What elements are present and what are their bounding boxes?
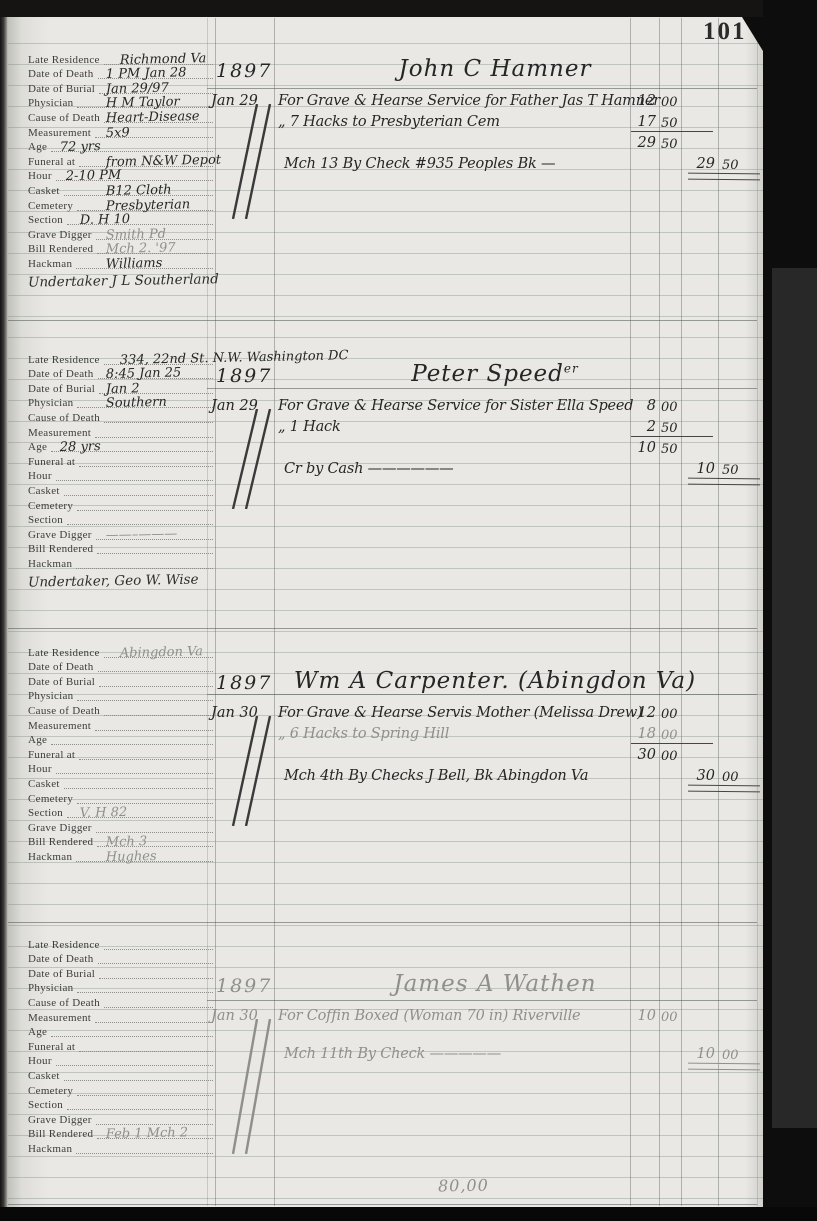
field-row-date_of_burial: Date of Burial — [28, 966, 213, 981]
field-row-cemetery: Cemetery — [28, 1083, 213, 1098]
field-row-hackman: Hackman Williams — [28, 256, 213, 271]
dotted-leader — [104, 1007, 213, 1008]
payment-description: Mch 4th By Checks J Bell, Bk Abingdon Va — [284, 768, 639, 784]
field-row-date_of_death: Date of Death — [28, 660, 213, 675]
column-rule — [659, 18, 660, 1206]
dotted-leader — [79, 466, 213, 467]
amount-underline — [631, 131, 713, 132]
amount-cents: 50 — [722, 463, 746, 478]
field-value-bill_rendered: Mch 3 — [106, 834, 148, 850]
field-label: Cemetery — [28, 500, 73, 513]
deceased-name: James A Wathen — [393, 971, 596, 997]
dotted-leader — [56, 773, 213, 774]
field-label: Age — [28, 1026, 47, 1039]
record-fields-block: Late Residence Date of Death Date of Bur… — [28, 937, 213, 1156]
field-value-physician: Southern — [106, 395, 167, 411]
dotted-leader — [104, 715, 213, 716]
field-label: Funeral at — [28, 156, 75, 169]
field-row-date_of_burial: Date of Burial Jan 29/97 — [28, 81, 213, 96]
field-row-age: Age 72 yrs — [28, 140, 213, 155]
field-label: Hackman — [28, 851, 72, 864]
dotted-leader — [104, 949, 213, 950]
column-rule — [757, 18, 758, 1206]
field-value-section: D. H 10 — [80, 212, 131, 228]
amount-cents: 00 — [661, 400, 681, 415]
field-label: Grave Digger — [28, 822, 92, 835]
entry-description: „ 7 Hacks to Presbyterian Cem — [278, 114, 633, 130]
amount-dollars: 18 — [628, 726, 656, 742]
field-label: Hour — [28, 763, 52, 776]
field-label: Hour — [28, 1055, 52, 1068]
dotted-leader — [56, 1065, 213, 1066]
field-label: Cause of Death — [28, 412, 100, 425]
ledger-name: John C Hamner — [290, 56, 700, 82]
field-row-physician: Physician — [28, 981, 213, 996]
amount-cents: 00 — [661, 95, 681, 110]
column-rule — [215, 18, 216, 1206]
book-pages-edge — [772, 268, 817, 1128]
field-label: Age — [28, 441, 47, 454]
amount-dollars: 10 — [628, 1008, 656, 1024]
amount-cents: 00 — [661, 707, 681, 722]
amount-cents: 50 — [661, 442, 681, 457]
dotted-leader — [67, 1109, 213, 1110]
field-row-date_of_burial: Date of Burial Jan 2 — [28, 381, 213, 396]
field-row-funeral_at: Funeral at from N&W Depot — [28, 154, 213, 169]
paid-slash-mark — [230, 716, 272, 826]
amount-cents: 50 — [661, 116, 681, 131]
amount-dollars: 17 — [628, 114, 656, 130]
payment-description: Cr by Cash —————— — [284, 461, 639, 477]
column-rule — [718, 18, 719, 1206]
entry-description: „ 1 Hack — [278, 419, 633, 435]
field-label: Measurement — [28, 1012, 91, 1025]
field-row-physician: Physician Southern — [28, 396, 213, 411]
amount-dollars: 12 — [628, 93, 656, 109]
field-label: Bill Rendered — [28, 543, 93, 556]
field-value-age: 72 yrs — [60, 139, 101, 155]
field-label: Hackman — [28, 558, 72, 571]
dotted-leader — [77, 510, 213, 511]
column-rule — [681, 18, 682, 1206]
field-row-measurement: Measurement — [28, 425, 213, 440]
field-label: Funeral at — [28, 749, 75, 762]
field-row-late_residence: Late Residence 334, 22nd St. N.W. Washin… — [28, 352, 213, 367]
field-row-casket: Casket — [28, 1068, 213, 1083]
field-label: Measurement — [28, 427, 91, 440]
field-value-hackman: Williams — [106, 256, 163, 272]
field-row-measurement: Measurement 5x9 — [28, 125, 213, 140]
page-number: 101 — [703, 18, 747, 46]
dotted-leader — [64, 788, 213, 789]
field-row-cause_of_death: Cause of Death — [28, 995, 213, 1010]
payment-description: Mch 13 By Check #935 Peoples Bk — — [284, 156, 639, 172]
entry-description: For Coffin Boxed (Woman 70 in) Rivervill… — [278, 1008, 633, 1024]
section-rule — [8, 1204, 757, 1205]
record-fields-block: Late Residence 334, 22nd St. N.W. Washin… — [28, 352, 213, 589]
field-label: Measurement — [28, 127, 91, 140]
field-label: Casket — [28, 185, 60, 198]
field-label: Casket — [28, 778, 60, 791]
field-label: Section — [28, 514, 63, 527]
field-row-casket: Casket — [28, 776, 213, 791]
field-value-age: 28 yrs — [60, 439, 101, 455]
field-row-cemetery: Cemetery — [28, 498, 213, 513]
field-row-date_of_burial: Date of Burial — [28, 674, 213, 689]
field-label: Late Residence — [28, 54, 100, 67]
field-label: Age — [28, 141, 47, 154]
field-label: Physician — [28, 397, 73, 410]
section-rule — [207, 694, 757, 695]
dotted-leader — [95, 437, 213, 438]
field-row-age: Age — [28, 733, 213, 748]
field-row-hour: Hour — [28, 762, 213, 777]
amount-dollars: 29 — [628, 135, 656, 151]
field-value-bill_rendered: Feb 1 Mch 2 — [106, 1126, 189, 1143]
field-label: Physician — [28, 97, 73, 110]
dotted-leader — [104, 422, 213, 423]
field-label: Bill Rendered — [28, 836, 93, 849]
amount-cents: 00 — [722, 770, 746, 785]
amount-cents: 50 — [661, 421, 681, 436]
field-row-casket: Casket B12 Cloth — [28, 183, 213, 198]
amount-underline — [631, 743, 713, 744]
payment-description: Mch 11th By Check ————— — [284, 1046, 639, 1062]
field-row-grave_digger: Grave Digger — [28, 820, 213, 835]
paid-slash-mark — [230, 409, 272, 509]
entry-description: For Grave & Hearse Service for Father Ja… — [278, 93, 633, 109]
field-row-section: Section — [28, 1098, 213, 1113]
dotted-leader — [77, 700, 213, 701]
amount-dollars: 10 — [684, 461, 715, 477]
field-row-late_residence: Late Residence — [28, 937, 213, 952]
field-row-cemetery: Cemetery Presbyterian — [28, 198, 213, 213]
scan-edge-top — [0, 0, 817, 17]
amount-dollars: 8 — [628, 398, 656, 414]
amount-underline — [631, 436, 713, 437]
field-row-date_of_death: Date of Death 1 PM Jan 28 — [28, 67, 213, 82]
field-value-cause_of_death: Heart-Disease — [106, 109, 200, 126]
field-row-grave_digger: Grave Digger Smith Pd — [28, 227, 213, 242]
entry-description: For Grave & Hearse Service for Sister El… — [278, 398, 633, 414]
field-row-date_of_death: Date of Death — [28, 952, 213, 967]
amount-dollars: 30 — [684, 768, 715, 784]
paid-slash-mark — [230, 104, 272, 219]
scan-edge-bottom — [0, 1207, 817, 1221]
field-row-measurement: Measurement — [28, 718, 213, 733]
field-row-cause_of_death: Cause of Death — [28, 703, 213, 718]
dotted-leader — [77, 1095, 213, 1096]
field-label: Funeral at — [28, 456, 75, 469]
field-label: Measurement — [28, 720, 91, 733]
dotted-leader — [96, 1124, 213, 1125]
field-row-cause_of_death: Cause of Death Heart-Disease — [28, 110, 213, 125]
dotted-leader — [96, 832, 213, 833]
field-row-age: Age 28 yrs — [28, 440, 213, 455]
field-row-bill_rendered: Bill Rendered Feb 1 Mch 2 — [28, 1127, 213, 1142]
field-row-measurement: Measurement — [28, 1010, 213, 1025]
field-row-grave_digger: Grave Digger ——–——— — [28, 527, 213, 542]
dotted-leader — [99, 978, 213, 979]
field-value-late_residence: Abingdon Va — [120, 644, 203, 661]
record-fields-block: Late Residence Richmond Va Date of Death… — [28, 52, 213, 289]
dotted-leader — [79, 759, 213, 760]
section-rule — [8, 320, 757, 321]
field-label: Date of Burial — [28, 383, 95, 396]
field-label: Late Residence — [28, 939, 100, 952]
amount-dollars: 10 — [628, 440, 656, 456]
dotted-leader — [98, 671, 213, 672]
amount-dollars: 10 — [684, 1046, 715, 1062]
dotted-leader — [64, 495, 213, 496]
ledger-year: 1897 — [216, 672, 276, 694]
ledger-name: James A Wathen — [290, 971, 700, 997]
section-rule — [207, 88, 757, 89]
name-superscript: er — [564, 361, 579, 375]
field-label: Hackman — [28, 1143, 72, 1156]
ledger-name: Peter Speeder — [290, 361, 700, 387]
field-row-hour: Hour — [28, 469, 213, 484]
ledger-name: Wm A Carpenter. (Abingdon Va) — [290, 668, 700, 694]
field-label: Funeral at — [28, 1041, 75, 1054]
field-row-bill_rendered: Bill Rendered Mch 3 — [28, 835, 213, 850]
field-label: Cause of Death — [28, 705, 100, 718]
dotted-leader — [67, 524, 213, 525]
field-row-section: Section V. H 82 — [28, 806, 213, 821]
dotted-leader — [79, 1051, 213, 1052]
section-rule — [207, 388, 757, 389]
field-label: Hour — [28, 170, 52, 183]
ledger-year: 1897 — [216, 60, 276, 82]
field-row-hackman: Hackman — [28, 556, 213, 571]
field-row-funeral_at: Funeral at — [28, 1039, 213, 1054]
field-label: Cause of Death — [28, 997, 100, 1010]
field-label: Date of Burial — [28, 968, 95, 981]
dotted-leader — [97, 553, 213, 554]
field-value-funeral_at: from N&W Depot — [106, 152, 222, 169]
amount-cents: 00 — [661, 1010, 681, 1025]
field-row-funeral_at: Funeral at — [28, 454, 213, 469]
field-value-date_of_death: 1 PM Jan 28 — [106, 66, 187, 83]
undertaker-note: Undertaker J L Southerland — [28, 271, 213, 290]
dotted-leader — [51, 1036, 213, 1037]
field-label: Physician — [28, 982, 73, 995]
field-label: Date of Burial — [28, 83, 95, 96]
field-label: Casket — [28, 485, 60, 498]
column-rule — [630, 18, 631, 1206]
field-label: Late Residence — [28, 354, 100, 367]
amount-dollars: 29 — [684, 156, 715, 172]
dotted-leader — [77, 992, 213, 993]
field-value-bill_rendered: Mch 2. '97 — [106, 241, 176, 257]
field-label: Date of Burial — [28, 676, 95, 689]
field-label: Date of Death — [28, 68, 94, 81]
field-row-bill_rendered: Bill Rendered — [28, 542, 213, 557]
field-value-section: V. H 82 — [80, 805, 128, 821]
section-rule — [207, 1000, 757, 1001]
field-label: Date of Death — [28, 661, 94, 674]
dotted-leader — [95, 730, 213, 731]
amount-cents: 50 — [661, 137, 681, 152]
field-label: Section — [28, 214, 63, 227]
undertaker-note: Undertaker, Geo W. Wise — [28, 571, 213, 590]
deceased-name: Wm A Carpenter. (Abingdon Va) — [294, 668, 696, 694]
field-value-casket: B12 Cloth — [106, 183, 172, 199]
field-label: Grave Digger — [28, 529, 92, 542]
field-label: Physician — [28, 690, 73, 703]
field-label: Grave Digger — [28, 1114, 92, 1127]
amount-cents: 50 — [722, 158, 746, 173]
field-label: Late Residence — [28, 647, 100, 660]
field-label: Date of Death — [28, 368, 94, 381]
amount-dollars: 2 — [628, 419, 656, 435]
field-row-section: Section D. H 10 — [28, 213, 213, 228]
field-label: Hour — [28, 470, 52, 483]
deceased-name: Peter Speed — [411, 361, 564, 387]
field-row-date_of_death: Date of Death 8:45 Jan 25 — [28, 367, 213, 382]
field-value-measurement: 5x9 — [106, 125, 130, 140]
entry-description: For Grave & Hearse Servis Mother (Meliss… — [278, 705, 633, 721]
dotted-leader — [76, 568, 213, 569]
ledger-year: 1897 — [216, 975, 276, 997]
field-label: Section — [28, 807, 63, 820]
dotted-leader — [76, 1153, 213, 1154]
dotted-leader — [64, 1080, 213, 1081]
amount-cents: 00 — [722, 1048, 746, 1063]
field-row-physician: Physician — [28, 689, 213, 704]
field-label: Cemetery — [28, 200, 73, 213]
field-row-hour: Hour — [28, 1054, 213, 1069]
column-rule — [274, 18, 275, 1206]
dotted-leader — [77, 803, 213, 804]
dotted-leader — [51, 744, 213, 745]
field-label: Date of Death — [28, 953, 94, 966]
field-row-funeral_at: Funeral at — [28, 747, 213, 762]
section-rule — [8, 922, 757, 923]
field-value-cemetery: Presbyterian — [106, 197, 191, 214]
paid-slash-mark — [230, 1019, 272, 1154]
binding-edge — [0, 0, 8, 1221]
field-label: Age — [28, 734, 47, 747]
field-label: Section — [28, 1099, 63, 1112]
field-row-cause_of_death: Cause of Death — [28, 410, 213, 425]
field-row-age: Age — [28, 1025, 213, 1040]
field-label: Bill Rendered — [28, 1128, 93, 1141]
field-label: Grave Digger — [28, 229, 92, 242]
entry-description: „ 6 Hacks to Spring Hill — [278, 726, 633, 742]
record-fields-block: Late Residence Abingdon Va Date of Death… — [28, 645, 213, 864]
field-value-date_of_death: 8:45 Jan 25 — [106, 366, 182, 383]
field-row-hackman: Hackman — [28, 1141, 213, 1156]
amount-cents: 00 — [661, 728, 681, 743]
field-row-late_residence: Late Residence Abingdon Va — [28, 645, 213, 660]
dotted-leader — [99, 686, 213, 687]
field-value-hour: 2-10 PM — [66, 168, 122, 184]
field-row-hour: Hour 2-10 PM — [28, 169, 213, 184]
field-row-bill_rendered: Bill Rendered Mch 2. '97 — [28, 242, 213, 257]
section-rule — [8, 628, 757, 629]
field-row-section: Section — [28, 513, 213, 528]
field-label: Bill Rendered — [28, 243, 93, 256]
dotted-leader — [56, 480, 213, 481]
dotted-leader — [98, 963, 213, 964]
field-label: Cemetery — [28, 793, 73, 806]
field-row-cemetery: Cemetery — [28, 791, 213, 806]
field-row-physician: Physician H M Taylor — [28, 96, 213, 111]
dotted-leader — [95, 1022, 213, 1023]
deceased-name: John C Hamner — [399, 56, 592, 82]
footer-total: 80,00 — [438, 1176, 489, 1196]
field-label: Cemetery — [28, 1085, 73, 1098]
field-row-hackman: Hackman Hughes — [28, 849, 213, 864]
field-value-hackman: Hughes — [106, 849, 157, 865]
field-label: Hackman — [28, 258, 72, 271]
field-label: Cause of Death — [28, 112, 100, 125]
ledger-year: 1897 — [216, 365, 276, 387]
amount-cents: 00 — [661, 749, 681, 764]
field-value-grave_digger: ——–——— — [106, 526, 178, 542]
amount-dollars: 12 — [628, 705, 656, 721]
amount-dollars: 30 — [628, 747, 656, 763]
field-row-casket: Casket — [28, 483, 213, 498]
field-label: Casket — [28, 1070, 60, 1083]
